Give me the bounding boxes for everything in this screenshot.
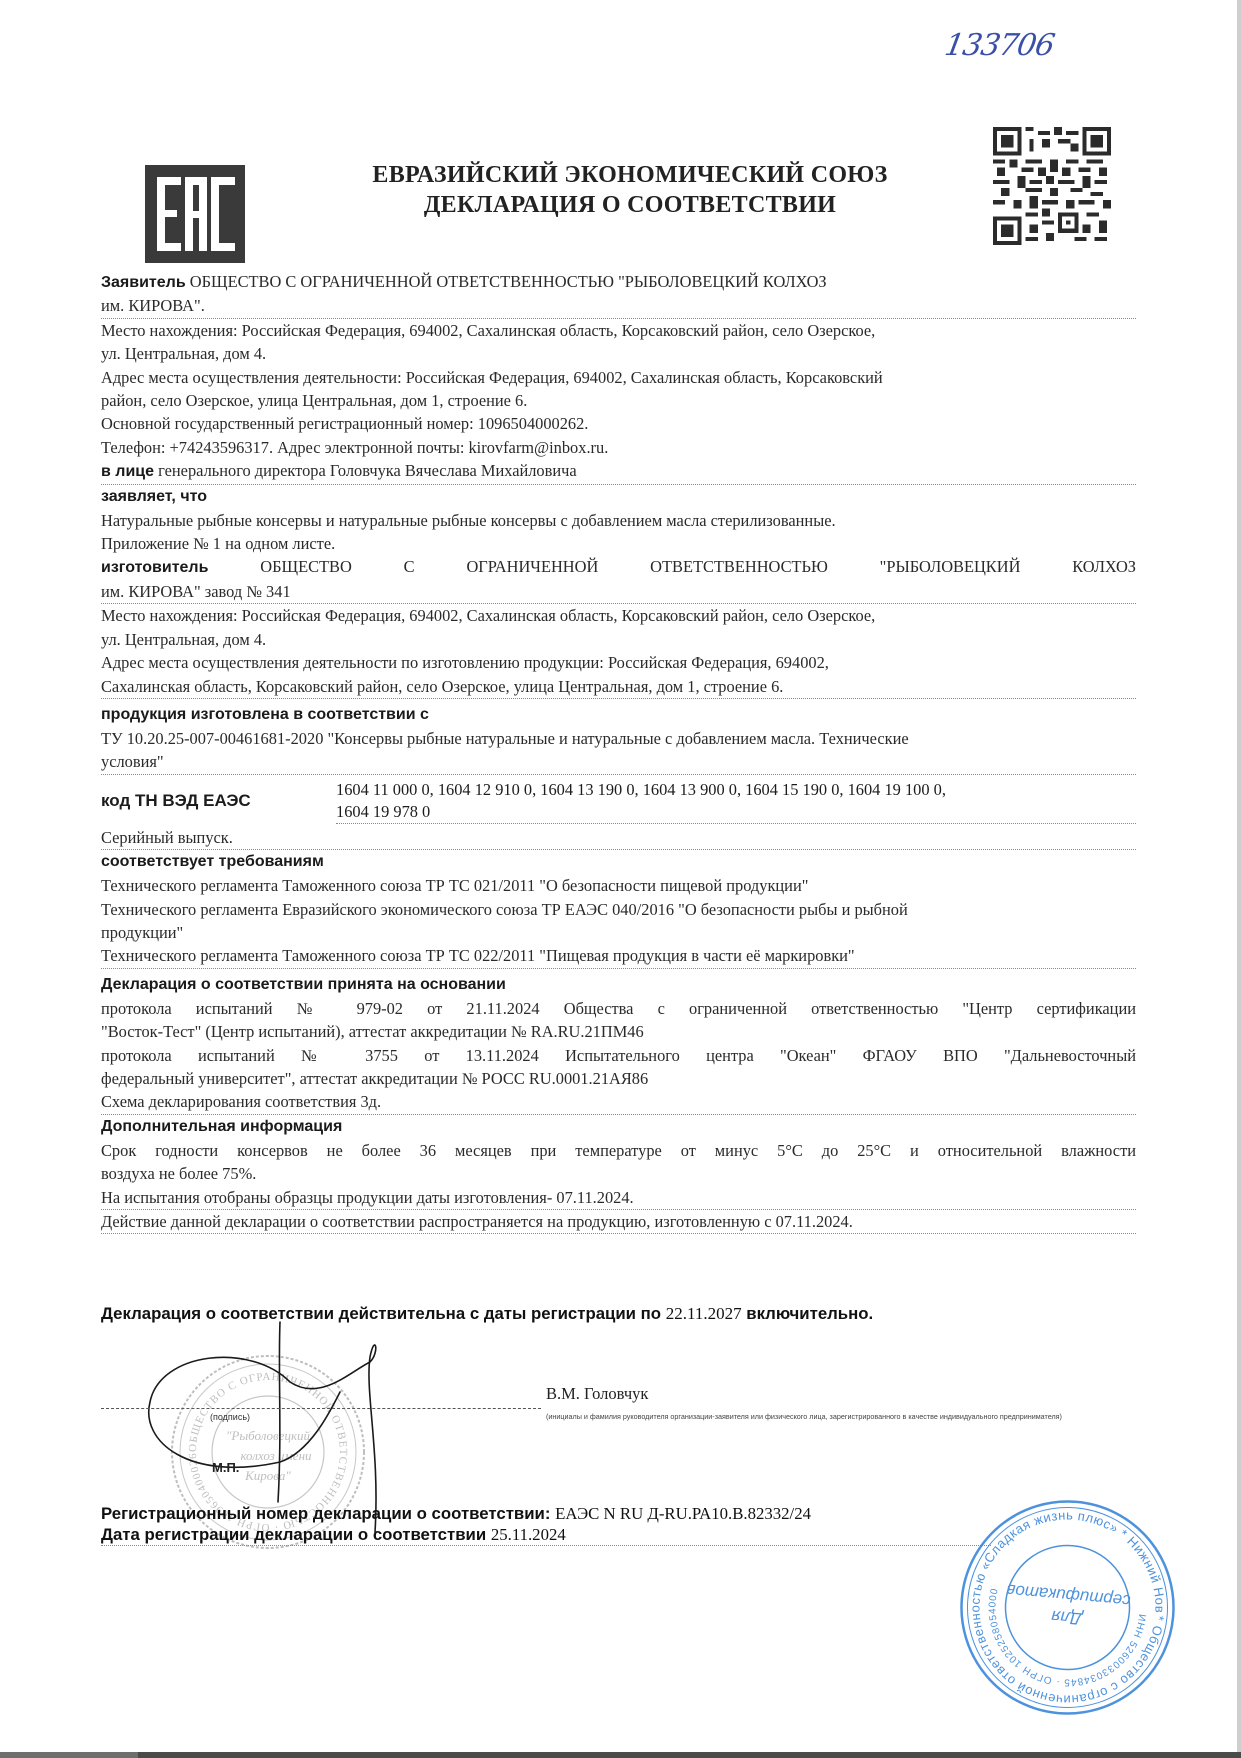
produced-per-line1: ТУ 10.20.25-007-00461681-2020 "Консервы … <box>101 727 1136 750</box>
applicant-represented: в лице генерального директора Головчука … <box>101 459 1136 484</box>
applicant-name: ОБЩЕСТВО С ОГРАНИЧЕННОЙ ОТВЕТСТВЕННОСТЬЮ… <box>190 272 827 291</box>
declaration-body: Заявитель ОБЩЕСТВО С ОГРАНИЧЕННОЙ ОТВЕТС… <box>101 270 1136 1234</box>
manufacturer-label: изготовитель <box>101 559 208 576</box>
manufacturer-location-line1: Место нахождения: Российская Федерация, … <box>101 604 1136 627</box>
applicant-label: Заявитель <box>101 274 186 291</box>
additional-label: Дополнительная информация <box>101 1115 1136 1139</box>
signature-caption: (подпись) <box>210 1412 250 1422</box>
basis-protocol2-line1: протокола испытаний № 3755 от 13.11.2024… <box>101 1044 1136 1067</box>
certificate-seal-icon: * Общество с ограниченной ответственност… <box>955 1495 1180 1720</box>
basis-protocol1-line1: протокола испытаний № 979-02 от 21.11.20… <box>101 997 1136 1020</box>
document-title: ЕВРАЗИЙСКИЙ ЭКОНОМИЧЕСКИЙ СОЮЗ ДЕКЛАРАЦИ… <box>320 160 940 220</box>
manufacturer-production-line1: Адрес места осуществления деятельности п… <box>101 651 1136 674</box>
manufacturer-name: ОБЩЕСТВО С ОГРАНИЧЕННОЙ ОТВЕТСТВЕННОСТЬЮ… <box>260 557 1136 576</box>
conforms-item: Технического регламента Таможенного союз… <box>101 874 1136 897</box>
seal-place-label: М.П. <box>212 1460 239 1475</box>
hs-code-line1: 1604 11 000 0, 1604 12 910 0, 1604 13 19… <box>336 779 1136 801</box>
applicant-activity-line1: Адрес места осуществления деятельности: … <box>101 366 1136 389</box>
scan-bottom-edge-light <box>0 1752 138 1758</box>
registration-number-label: Регистрационный номер декларации о соотв… <box>101 1504 550 1523</box>
basis-protocol1-line2: "Восток-Тест" (Центр испытаний), аттеста… <box>101 1020 1136 1043</box>
applicant-contacts: Телефон: +74243596317. Адрес электронной… <box>101 436 1136 459</box>
registration-number-row: Регистрационный номер декларации о соотв… <box>101 1503 991 1524</box>
registration-date-label: Дата регистрации декларации о соответств… <box>101 1525 486 1544</box>
declared-product: Натуральные рыбные консервы и натуральны… <box>101 509 1136 532</box>
basis-label: Декларация о соответствии принята на осн… <box>101 973 1136 997</box>
applicant-location-line2: ул. Центральная, дом 4. <box>101 342 1136 365</box>
additional-scope: Действие данной декларации о соответстви… <box>101 1210 1136 1234</box>
hs-code-values: 1604 11 000 0, 1604 12 910 0, 1604 13 19… <box>336 779 1136 824</box>
applicant-name-line1: Заявитель ОБЩЕСТВО С ОГРАНИЧЕННОЙ ОТВЕТС… <box>101 270 1136 294</box>
declared-appendix: Приложение № 1 на одном листе. <box>101 532 1136 555</box>
eac-mark-icon <box>145 165 245 263</box>
qr-code-icon <box>993 126 1111 246</box>
hs-code-label: код ТН ВЭД ЕАЭС <box>101 791 336 811</box>
conforms-item: Технического регламента Таможенного союз… <box>101 944 1136 968</box>
applicant-ogrn: Основной государственный регистрационный… <box>101 412 1136 435</box>
scan-bottom-edge <box>0 1752 1241 1758</box>
represented-label: в лице <box>101 463 154 480</box>
manufacturer-production-line2: Сахалинская область, Корсаковский район,… <box>101 675 1136 699</box>
validity-suffix: включительно. <box>746 1304 873 1323</box>
additional-shelf-line1: Срок годности консервов не более 36 меся… <box>101 1139 1136 1162</box>
conforms-item: продукции" <box>101 921 1136 944</box>
registration-block: Регистрационный номер декларации о соотв… <box>101 1503 991 1546</box>
applicant-name-line2: им. КИРОВА". <box>101 294 1136 318</box>
signature-line <box>101 1408 541 1409</box>
manufacturer-location-line2: ул. Центральная, дом 4. <box>101 628 1136 651</box>
additional-shelf-line2: воздуха не более 75%. <box>101 1162 1136 1185</box>
validity-date: 22.11.2027 <box>666 1304 742 1323</box>
signer-name: В.М. Головчук <box>546 1384 648 1404</box>
hs-code-line2: 1604 19 978 0 <box>336 801 1136 824</box>
represented-by: генерального директора Головчука Вячесла… <box>158 461 577 480</box>
produced-per-line2: условия" <box>101 750 1136 774</box>
applicant-location-line1: Место нахождения: Российская Федерация, … <box>101 319 1136 342</box>
svg-text:сертификатов: сертификатов <box>1006 1581 1132 1611</box>
conforms-label: соответствует требованиям <box>101 850 1136 874</box>
applicant-activity-line2: район, село Озерское, улица Центральная,… <box>101 389 1136 412</box>
additional-samples: На испытания отобраны образцы продукции … <box>101 1186 1136 1210</box>
basis-scheme: Схема декларирования соответствия 3д. <box>101 1090 1136 1114</box>
title-union: ЕВРАЗИЙСКИЙ ЭКОНОМИЧЕСКИЙ СОЮЗ <box>320 160 940 190</box>
release-type: Серийный выпуск. <box>101 826 1136 850</box>
conforms-item: Технического регламента Евразийского эко… <box>101 898 1136 921</box>
manufacturer-name-line1: изготовитель ОБЩЕСТВО С ОГРАНИЧЕННОЙ ОТВ… <box>101 555 1136 579</box>
registration-date: 25.11.2024 <box>491 1525 566 1544</box>
declares-label: заявляет, что <box>101 485 1136 509</box>
manufacturer-name-line2: им. КИРОВА" завод № 341 <box>101 580 1136 604</box>
title-declaration: ДЕКЛАРАЦИЯ О СООТВЕТСТВИИ <box>320 190 940 220</box>
hs-code-block: код ТН ВЭД ЕАЭС 1604 11 000 0, 1604 12 9… <box>101 779 1136 824</box>
produced-per-label: продукция изготовлена в соответствии с <box>101 703 1136 727</box>
registration-date-row: Дата регистрации декларации о соответств… <box>101 1524 991 1546</box>
signer-caption: (инициалы и фамилия руководителя организ… <box>546 1412 1066 1421</box>
svg-text:Для: Для <box>1051 1607 1085 1629</box>
page-edge <box>1237 0 1241 1752</box>
basis-protocol2-line2: федеральный университет", аттестат аккре… <box>101 1067 1136 1090</box>
handwritten-number: 133706 <box>942 28 1057 63</box>
registration-number: ЕАЭС N RU Д-RU.РА10.В.82332/24 <box>555 1504 811 1523</box>
